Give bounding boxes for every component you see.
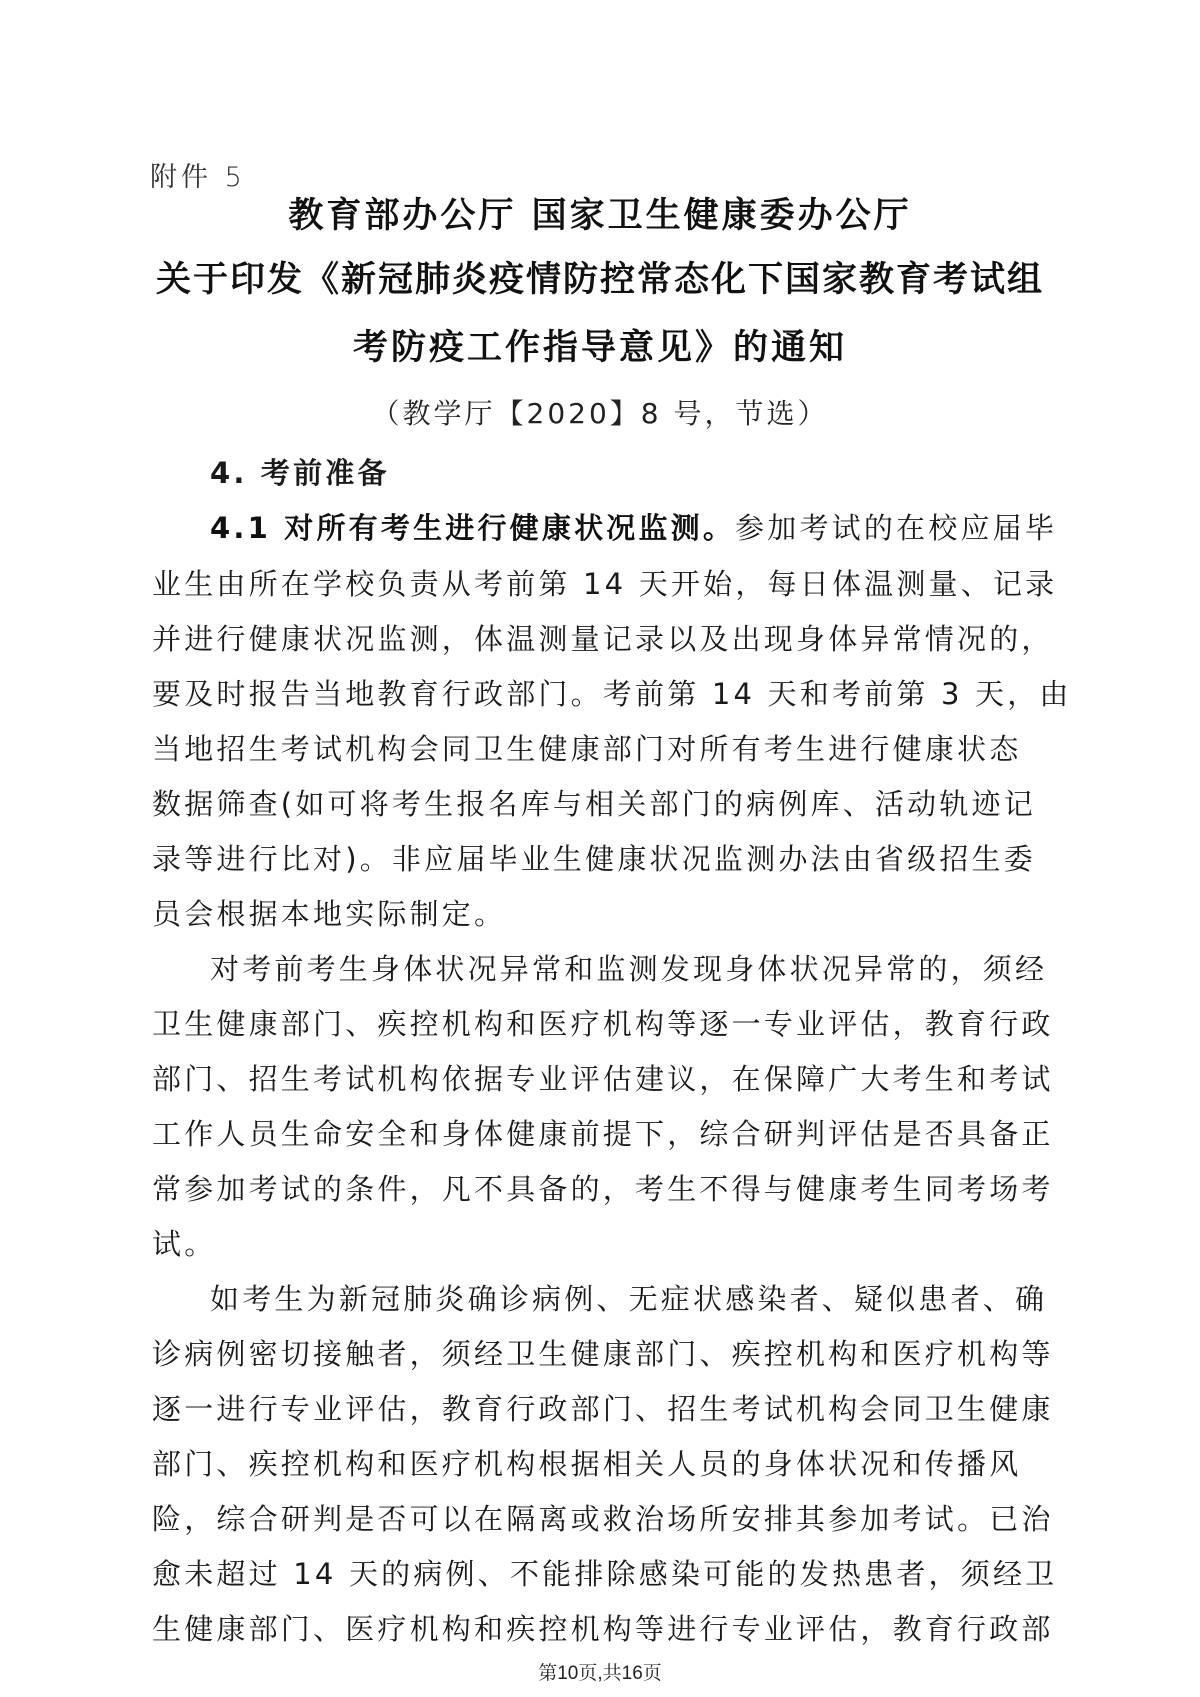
title-line-3: 考防疫工作指导意见》的通知: [0, 320, 1200, 370]
paragraph-line: 并进行健康状况监测，体温测量记录以及出现身体异常情况的，: [152, 621, 1032, 657]
paragraph-line: 当地招生考试机构会同卫生健康部门对所有考生进行健康状态: [152, 731, 1032, 767]
paragraph-line: 如考生为新冠肺炎确诊病例、无症状感染者、疑似患者、确: [210, 1281, 1090, 1317]
paragraph-line: 对考前考生身体状况异常和监测发现身体状况异常的，须经: [210, 951, 1090, 987]
title-line-2: 关于印发《新冠肺炎疫情防控常态化下国家教育考试组: [40, 252, 1160, 302]
paragraph-line: 试。: [152, 1226, 1032, 1262]
subsection-first-line: 4.1 对所有考生进行健康状况监测。参加考试的在校应届毕: [210, 510, 1090, 546]
page-indicator: 第10页,共16页: [0, 1658, 1200, 1685]
paragraph-line: 常参加考试的条件，凡不具备的，考生不得与健康考生同考场考: [152, 1171, 1032, 1207]
subsection-title: 4.1 对所有考生进行健康状况监测。: [210, 511, 735, 545]
section-heading: 4. 考前准备: [210, 455, 1090, 491]
document-number: （教学厅【2020】8 号，节选）: [0, 392, 1200, 432]
paragraph-line: 部门、招生考试机构依据专业评估建议，在保障广大考生和考试: [152, 1061, 1032, 1097]
title-line-1: 教育部办公厅 国家卫生健康委办公厅: [0, 188, 1200, 238]
paragraph-line: 逐一进行专业评估，教育行政部门、招生考试机构会同卫生健康: [152, 1391, 1032, 1427]
paragraph-line: 业生由所在学校负责从考前第 14 天开始，每日体温测量、记录: [152, 566, 1032, 602]
paragraph-line: 工作人员生命安全和身体健康前提下，综合研判评估是否具备正: [152, 1116, 1032, 1152]
paragraph-line: 生健康部门、医疗机构和疾控机构等进行专业评估，教育行政部: [152, 1611, 1032, 1647]
subsection-text-start: 参加考试的在校应届毕: [735, 511, 1057, 545]
paragraph-line: 险，综合研判是否可以在隔离或救治场所安排其参加考试。已治: [152, 1501, 1032, 1537]
paragraph-line: 录等进行比对)。非应届毕业生健康状况监测办法由省级招生委: [152, 841, 1032, 877]
paragraph-line: 部门、疾控机构和医疗机构根据相关人员的身体状况和传播风: [152, 1446, 1032, 1482]
paragraph-line: 卫生健康部门、疾控机构和医疗机构等逐一专业评估，教育行政: [152, 1006, 1032, 1042]
document-page: 附件 5 教育部办公厅 国家卫生健康委办公厅 关于印发《新冠肺炎疫情防控常态化下…: [0, 0, 1200, 1697]
paragraph-line: 诊病例密切接触者，须经卫生健康部门、疾控机构和医疗机构等: [152, 1336, 1032, 1372]
paragraph-line: 员会根据本地实际制定。: [152, 896, 1032, 932]
paragraph-line: 要及时报告当地教育行政部门。考前第 14 天和考前第 3 天，由: [152, 676, 1032, 712]
paragraph-line: 愈未超过 14 天的病例、不能排除感染可能的发热患者，须经卫: [152, 1556, 1032, 1592]
paragraph-line: 数据筛查(如可将考生报名库与相关部门的病例库、活动轨迹记: [152, 786, 1032, 822]
